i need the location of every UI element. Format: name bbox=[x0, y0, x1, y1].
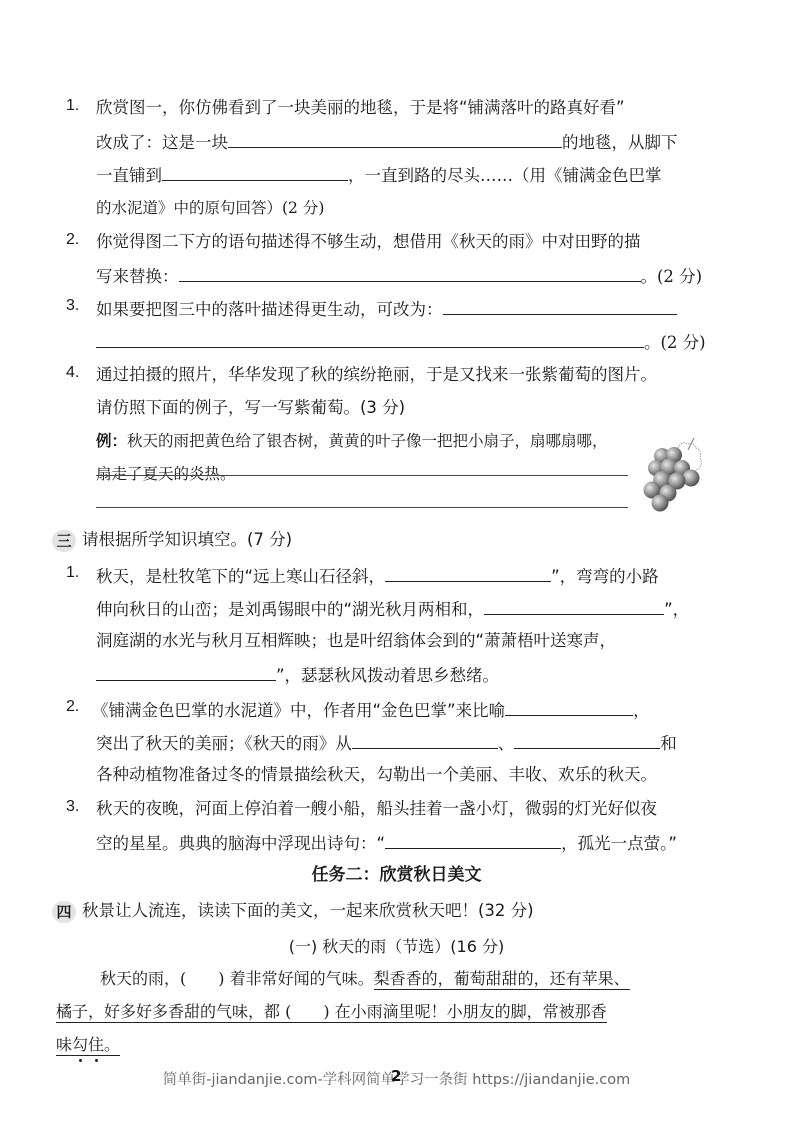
passage-char: 味 bbox=[56, 1035, 72, 1054]
answer-blank[interactable] bbox=[385, 564, 551, 582]
question-text: ，一直到路的尽头……（用《铺满金色巴掌 bbox=[348, 166, 662, 185]
example-text: 秋天的雨把黄色给了银杏树，黄黄的叶子像一把把小扇子，扇哪扇哪， bbox=[127, 432, 608, 450]
question-3-line-2: 。(2 分) bbox=[96, 330, 706, 352]
question-text: 伸向秋日的山峦；是刘禹锡眼中的“湖光秋月两相和， bbox=[96, 600, 484, 619]
answer-blank[interactable] bbox=[96, 663, 276, 681]
question-text: 。(2 分) bbox=[641, 267, 703, 286]
page-number: 2 bbox=[391, 1067, 401, 1085]
item-line: 秋天的夜晚，河面上停泊着一艘小船，船头挂着一盏小灯，微弱的灯光好似夜 bbox=[96, 798, 657, 820]
question-text: 、 bbox=[498, 734, 515, 753]
section-title: 秋景让人流连，读读下面的美文，一起来欣赏秋天吧！(32 分) bbox=[82, 901, 534, 920]
question-number: 1. bbox=[66, 564, 88, 582]
answer-writing-line-2[interactable] bbox=[96, 507, 628, 508]
answer-blank[interactable] bbox=[443, 297, 677, 315]
question-text: 空的星星。典典的脑海中浮现出诗句：“ bbox=[96, 834, 385, 853]
section-badge: 三 bbox=[52, 530, 76, 552]
underlined-text: 橘子，好多好多香甜的气味，都 ( ) 在小雨滴里呢！小朋友的脚，常被那香 bbox=[56, 1002, 607, 1023]
emphasis-dot-char: 勾 bbox=[72, 1035, 88, 1054]
example-line-1: 例：秋天的雨把黄色给了银杏树，黄黄的叶子像一把把小扇子，扇哪扇哪， bbox=[96, 430, 608, 452]
passage-line-3: 味勾住。 bbox=[56, 1034, 120, 1056]
question-1-line-2: 改成了：这是一块的地毯，从脚下 bbox=[96, 130, 678, 152]
item-line: 突出了秋天的美丽；《秋天的雨》从、和 bbox=[96, 731, 677, 753]
underlined-text: 梨香香的，葡萄甜甜的，还有苹果、 bbox=[374, 969, 630, 990]
question-text: 突出了秋天的美丽；《秋天的雨》从 bbox=[96, 734, 352, 753]
question-text: ”，瑟瑟秋风拨动着思乡愁绪。 bbox=[276, 666, 499, 685]
section-title: 请根据所学知识填空。(7 分) bbox=[82, 530, 292, 549]
passage-line-2: 橘子，好多好多香甜的气味，都 ( ) 在小雨滴里呢！小朋友的脚，常被那香 bbox=[56, 1001, 607, 1023]
example-line-2: 扇走了夏天的炎热。 bbox=[96, 463, 236, 485]
item-line: ”，瑟瑟秋风拨动着思乡愁绪。 bbox=[96, 663, 499, 685]
answer-blank[interactable] bbox=[96, 330, 644, 348]
question-text: ， bbox=[633, 701, 650, 720]
answer-blank[interactable] bbox=[385, 831, 561, 849]
question-text: 秋天，是杜牧笔下的“远上寒山石径斜， bbox=[96, 567, 385, 586]
question-text: ”， bbox=[664, 600, 689, 619]
question-number: 2. bbox=[66, 698, 88, 716]
passage-text: 秋天的雨，( ) 着非常好闻的气味。 bbox=[100, 969, 374, 988]
question-text: 的地毯，从脚下 bbox=[562, 133, 678, 152]
passage-subtitle: (一) 秋天的雨（节选）(16 分) bbox=[0, 934, 793, 957]
question-1-line-4: 的水泥道》中的原句回答）(2 分) bbox=[96, 197, 324, 219]
answer-blank[interactable] bbox=[162, 163, 348, 181]
section-3-header: 三请根据所学知识填空。(7 分) bbox=[52, 528, 292, 552]
question-number: 2. bbox=[66, 231, 88, 249]
question-number: 3. bbox=[66, 798, 88, 816]
passage-char: 。 bbox=[104, 1035, 120, 1054]
question-text: 。(2 分) bbox=[644, 333, 706, 352]
answer-writing-line-1[interactable] bbox=[96, 475, 628, 476]
question-text: ，孤光一点萤。” bbox=[561, 834, 677, 853]
question-2-line-1: 你觉得图二下方的语句描述得不够生动，想借用《秋天的雨》中对田野的描 bbox=[96, 231, 641, 253]
question-number: 3. bbox=[66, 297, 88, 315]
question-text: 写来替换： bbox=[96, 267, 179, 286]
answer-blank[interactable] bbox=[505, 698, 633, 716]
answer-blank[interactable] bbox=[514, 731, 660, 749]
question-1-line-3: 一直铺到，一直到路的尽头……（用《铺满金色巴掌 bbox=[96, 163, 662, 185]
task-2-title: 任务二：欣赏秋日美文 bbox=[0, 860, 793, 885]
question-text: 改成了：这是一块 bbox=[96, 133, 228, 152]
question-2-line-2: 写来替换：。(2 分) bbox=[96, 264, 702, 286]
section-4-header: 四秋景让人流连，读读下面的美文，一起来欣赏秋天吧！(32 分) bbox=[52, 899, 534, 923]
worksheet-page: 1. 欣赏图一，你仿佛看到了一块美丽的地毯，于是将“铺满落叶的路真好看” 改成了… bbox=[0, 0, 793, 1121]
item-line: 空的星星。典典的脑海中浮现出诗句：“，孤光一点萤。” bbox=[96, 831, 677, 853]
item-line: 伸向秋日的山峦；是刘禹锡眼中的“湖光秋月两相和，”， bbox=[96, 597, 689, 619]
question-text: 如果要把图三中的落叶描述得更生动，可改为： bbox=[96, 300, 443, 319]
underlined-text: 味勾住。 bbox=[56, 1035, 120, 1056]
passage-line-1: 秋天的雨，( ) 着非常好闻的气味。梨香香的，葡萄甜甜的，还有苹果、 bbox=[100, 968, 630, 990]
item-line: 秋天，是杜牧笔下的“远上寒山石径斜，”，弯弯的小路 bbox=[96, 564, 659, 586]
question-text: 和 bbox=[660, 734, 677, 753]
question-text: 一直铺到 bbox=[96, 166, 162, 185]
section-badge: 四 bbox=[52, 901, 76, 923]
item-line: 各种动植物准备过冬的情景描绘秋天，勾勒出一个美丽、丰收、欢乐的秋天。 bbox=[96, 764, 657, 786]
question-1-line-1: 欣赏图一，你仿佛看到了一块美丽的地毯，于是将“铺满落叶的路真好看” bbox=[96, 97, 625, 119]
example-label: 例： bbox=[96, 431, 127, 450]
question-4-line-2: 请仿照下面的例子，写一写紫葡萄。(3 分) bbox=[96, 397, 405, 419]
item-line: 洞庭湖的水光与秋月互相辉映；也是叶绍翁体会到的“萧萧梧叶送寒声， bbox=[96, 630, 616, 652]
question-3-line-1: 如果要把图三中的落叶描述得更生动，可改为： bbox=[96, 297, 677, 319]
answer-blank[interactable] bbox=[352, 731, 498, 749]
question-text: ”，弯弯的小路 bbox=[551, 567, 659, 586]
question-text: 《铺满金色巴掌的水泥道》中，作者用“金色巴掌”来比喻 bbox=[92, 701, 505, 720]
question-4-line-1: 通过拍摄的照片，华华发现了秋的缤纷艳丽，于是又找来一张紫葡萄的图片。 bbox=[96, 364, 657, 386]
grapes-illustration bbox=[636, 438, 714, 514]
emphasis-dot-char: 住 bbox=[88, 1035, 104, 1054]
item-line: 《铺满金色巴掌的水泥道》中，作者用“金色巴掌”来比喻， bbox=[92, 698, 650, 720]
answer-blank[interactable] bbox=[179, 264, 641, 282]
question-number: 1. bbox=[66, 97, 88, 115]
question-number: 4. bbox=[66, 364, 88, 382]
answer-blank[interactable] bbox=[484, 597, 664, 615]
answer-blank[interactable] bbox=[228, 130, 562, 148]
